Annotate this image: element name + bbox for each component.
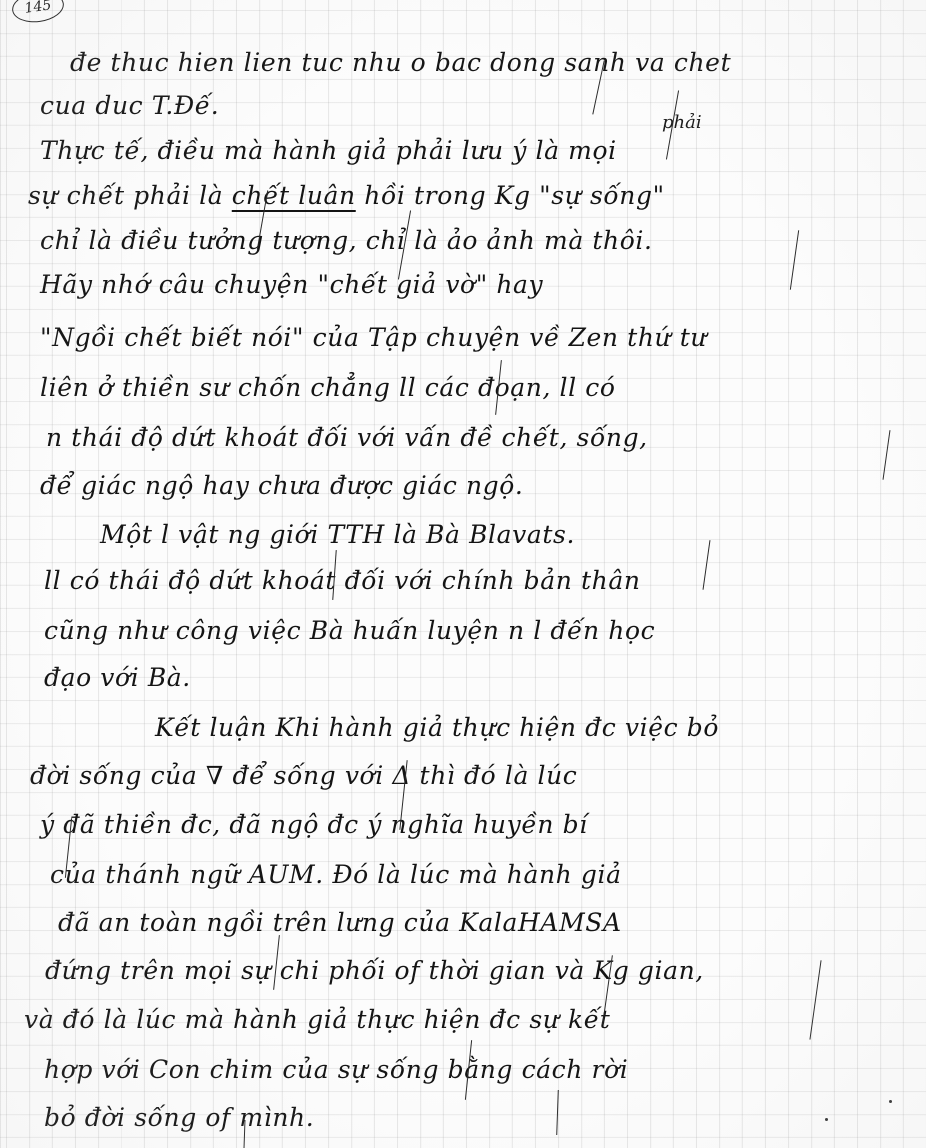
handwritten-line-20: đứng trên mọi sự chi phối of thời gian v…	[45, 958, 704, 983]
pen-stroke	[703, 540, 711, 590]
handwritten-line-7: "Ngồi chết biết nói" của Tập chuyện về Z…	[40, 325, 707, 350]
ink-dot	[889, 1100, 892, 1103]
pen-stroke	[244, 1120, 246, 1148]
page-number-circle: 145	[10, 0, 66, 25]
handwritten-line-1: đe thuc hien lien tuc nhu o bac dong san…	[70, 50, 731, 75]
notebook-page: 145 đe thuc hien lien tuc nhu o bac dong…	[0, 0, 926, 1148]
pen-stroke	[790, 230, 800, 290]
handwritten-line-5: chỉ là điều tưởng tượng, chỉ là ảo ảnh m…	[40, 228, 653, 253]
handwritten-line-18: của thánh ngữ AUM. Đó là lúc mà hành giả	[50, 862, 622, 887]
handwritten-line-22: hợp với Con chim của sự sống bằng cách r…	[44, 1057, 628, 1082]
pen-stroke	[809, 960, 822, 1039]
ink-dot	[825, 1118, 828, 1121]
handwritten-line-8: liên ở thiền sư chốn chẳng ll các đoạn, …	[40, 375, 616, 400]
handwritten-line-14: đạo với Bà.	[44, 665, 191, 690]
page-number: 145	[24, 0, 53, 17]
handwritten-line-16: đời sống của ∇ để sống với Δ thì đó là l…	[30, 763, 577, 788]
handwritten-line-19: đã an toàn ngồi trên lưng của KalaHAMSA	[58, 910, 622, 935]
handwritten-line-6: Hãy nhớ câu chuyện "chết giả vờ" hay	[40, 272, 543, 297]
pen-stroke	[556, 1090, 559, 1135]
handwritten-line-21: và đó là lúc mà hành giả thực hiện đc sự…	[24, 1007, 610, 1032]
handwritten-line-17: ý đã thiền đc, đã ngộ đc ý nghĩa huyền b…	[40, 812, 588, 837]
handwritten-line-9: n thái độ dứt khoát đối với vấn đề chết,…	[46, 425, 648, 450]
handwritten-line-15: Kết luận Khi hành giả thực hiện đc việc …	[155, 715, 719, 740]
handwritten-line-12: ll có thái độ dứt khoát đối với chính bả…	[44, 568, 641, 593]
superscript-annotation: phải	[662, 112, 702, 133]
handwritten-line-13: cũng như công việc Bà huấn luyện n l đến…	[44, 618, 655, 643]
handwritten-line-3: Thực tế, điều mà hành giả phải lưu ý là …	[40, 138, 617, 163]
handwritten-line-4: sự chết phải là chết luân hồi trong Kg "…	[28, 183, 665, 208]
handwritten-line-11: Một l vật ng giới TTH là Bà Blavats.	[100, 522, 575, 547]
line-4-text: sự chết phải là chết luân hồi trong Kg "…	[28, 181, 665, 210]
handwritten-line-23: bỏ đời sống of mình.	[44, 1105, 314, 1130]
handwritten-line-10: để giác ngộ hay chưa được giác ngộ.	[40, 473, 523, 498]
handwritten-line-2: cua duc T.Đế.	[40, 93, 219, 118]
underlined-phrase: chết luân	[232, 181, 356, 210]
pen-stroke	[883, 430, 891, 480]
